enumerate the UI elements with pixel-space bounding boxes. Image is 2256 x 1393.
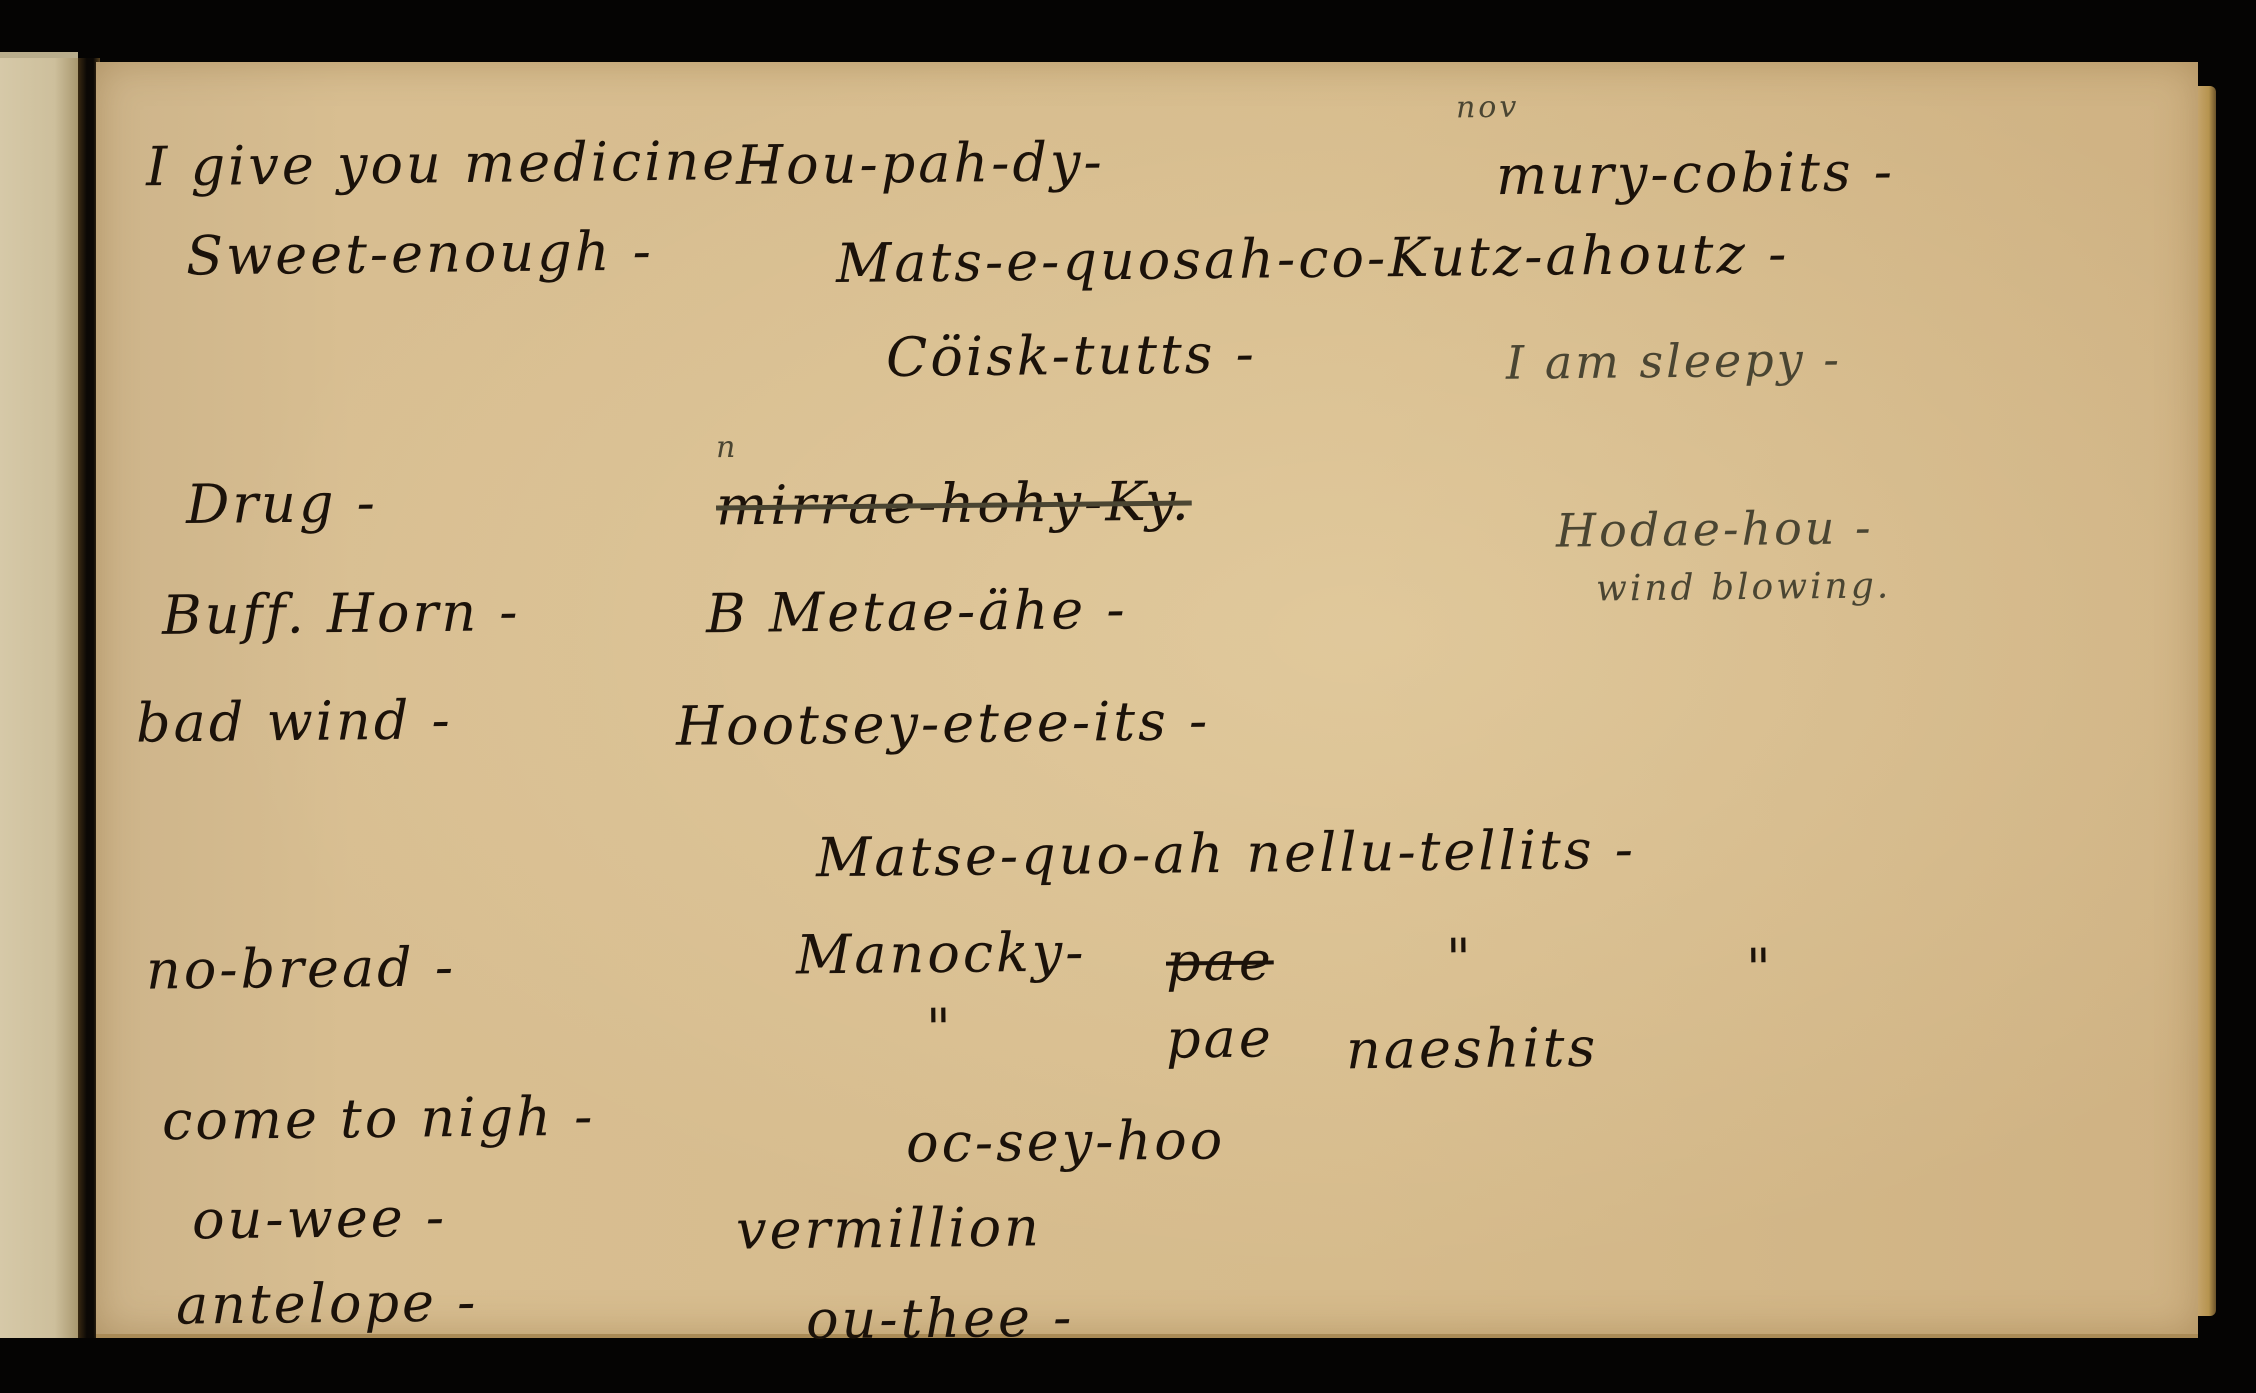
entry-english: come to nigh - — [162, 1085, 596, 1153]
entry-native: Mats-e-quosah-co-Kutz-ahoutz - — [836, 222, 1790, 295]
entry-native: vermillion — [736, 1195, 1043, 1261]
ditto-mark: " — [1746, 937, 1775, 1000]
entry-native: oc-sey-hoo — [906, 1108, 1226, 1174]
entry-english: ou-wee - — [192, 1186, 448, 1252]
entry-native-continued: mury-cobits - — [1496, 140, 1896, 207]
entry-native-continued: naeshits — [1346, 1016, 1599, 1082]
entry-english: no-bread - — [146, 935, 457, 1001]
entry-insert-note: nov — [1456, 90, 1520, 126]
entry-english: bad wind - — [136, 688, 453, 754]
entry-native: Hootsey-etee-its - — [676, 689, 1211, 758]
entry-english: Buff. Horn - — [162, 580, 521, 647]
notebook-page: I give you medicine - Hou-pah-dy- nov mu… — [96, 62, 2198, 1338]
ditto-mark: " — [926, 997, 955, 1060]
pencil-note: Hodae-hou - — [1556, 500, 1874, 557]
page-stack-edge — [2198, 86, 2216, 1316]
entry-native-line2: Matse-quo-ah nellu-tellits - — [816, 818, 1637, 890]
entry-native-line2: Cöisk-tutts - — [886, 322, 1257, 389]
pencil-note: I am sleepy - — [1506, 332, 1842, 390]
entry-english: I give you medicine - — [146, 129, 779, 199]
entry-native: pae — [1166, 1006, 1274, 1070]
entry-english: Drug - — [186, 471, 379, 536]
entry-native: Hou-pah-dy- — [736, 130, 1105, 197]
entry-native: B Metae-ähe - — [706, 578, 1128, 645]
entry-native: Manocky- — [796, 920, 1087, 986]
entry-native-struck: mirrae-hohy-Ky. — [716, 470, 1192, 538]
left-page-edge — [0, 52, 78, 1338]
entry-native: ou-thee - — [806, 1286, 1075, 1352]
entry-native-struck: pae — [1166, 929, 1274, 993]
entry-english: Sweet-enough - — [186, 220, 654, 288]
entry-english: antelope - — [176, 1270, 479, 1336]
pencil-gloss: wind blowing. — [1596, 565, 1892, 609]
ditto-mark: " — [1446, 927, 1475, 990]
entry-insert-note: n — [716, 430, 739, 465]
